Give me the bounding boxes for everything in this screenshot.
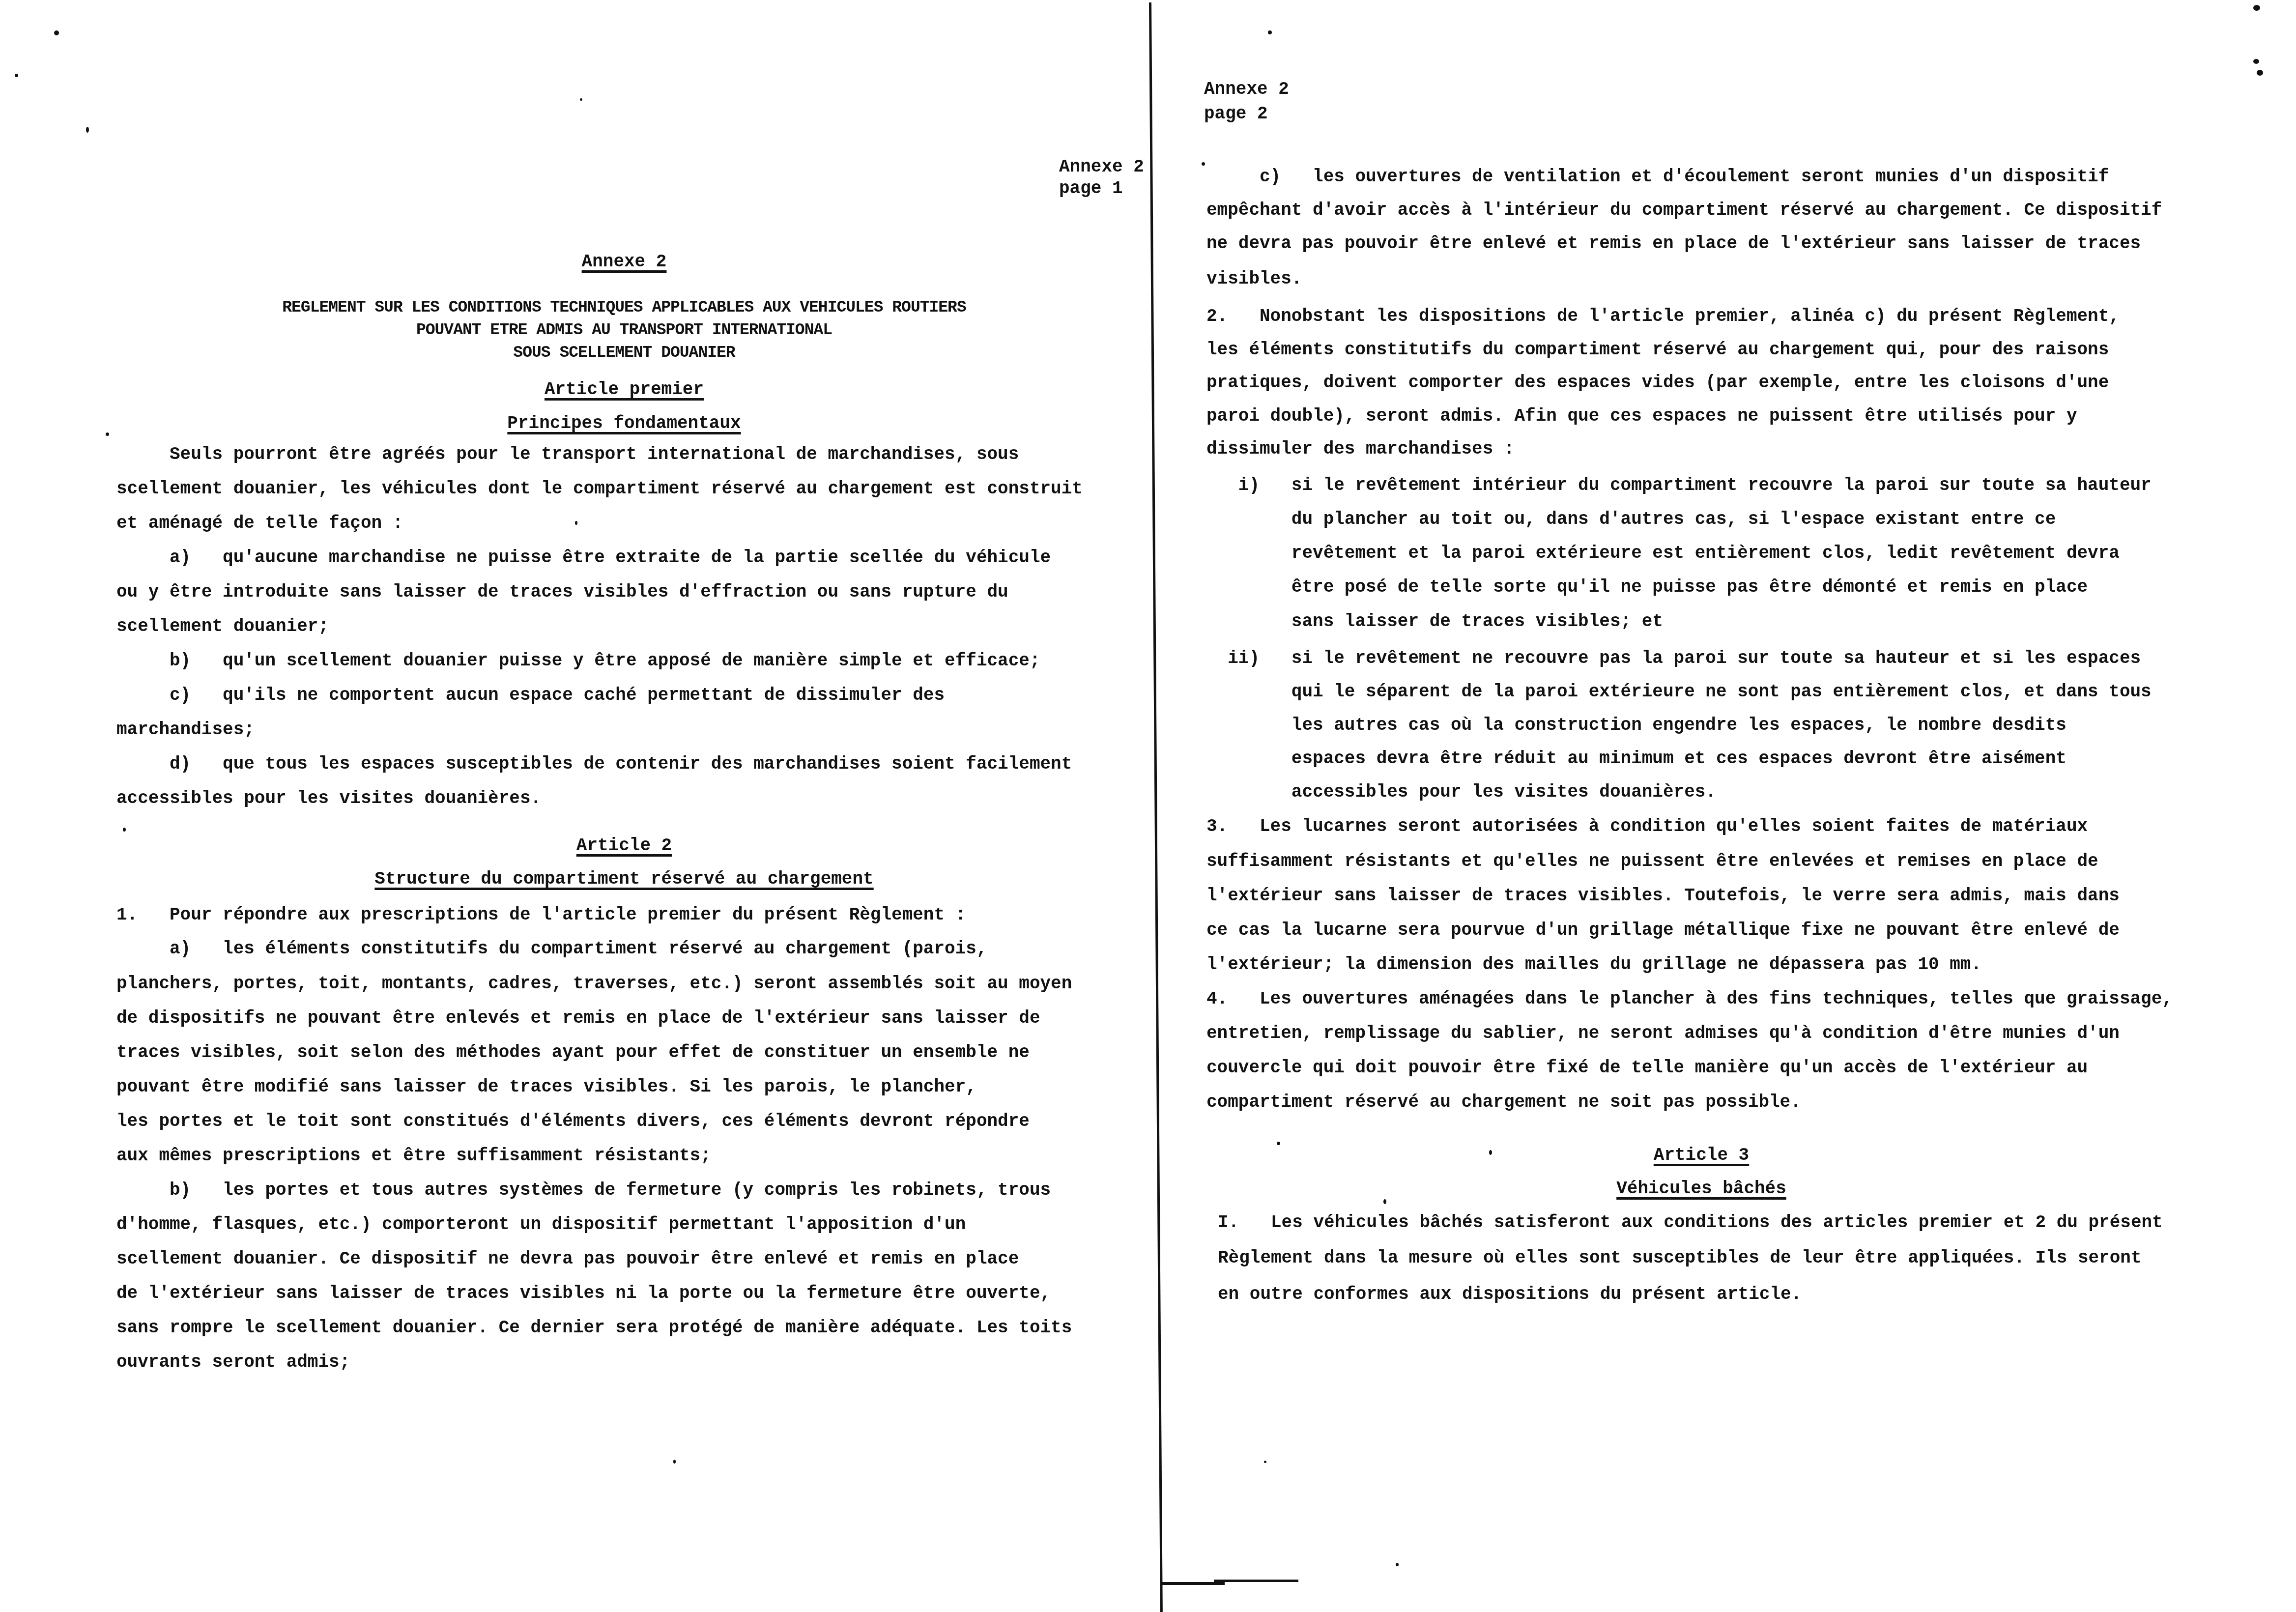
text-line: du plancher au toit ou, dans d'autres ca… [1206,510,2056,529]
numbered-paragraph-1: I. Les véhicules bâchés satisferont aux … [1218,1213,2163,1233]
text-line: de l'extérieur sans laisser de traces vi… [116,1284,1051,1303]
text-line: planchers, portes, toit, montants, cadre… [116,974,1072,994]
regulation-title-line-1: REGLEMENT SUR LES CONDITIONS TECHNIQUES … [0,298,1248,317]
right-page: Annexe 2 page 2 c) les ouvertures de ven… [1161,0,2296,1612]
text-line: être posé de telle sorte qu'il ne puisse… [1206,577,2088,597]
text-line: accessibles pour les visites douanières. [1206,782,1716,802]
text-line: entretien, remplissage du sablier, ne se… [1206,1024,2120,1043]
sub-item-i: i) si le revêtement intérieur du compart… [1206,476,2152,495]
list-item-d: d) que tous les espaces susceptibles de … [116,754,1072,774]
scan-speck [106,432,109,436]
text-line: d'homme, flasques, etc.) comporteront un… [116,1215,966,1235]
scan-speck [2253,5,2260,11]
text-line: pratiques, doivent comporter des espaces… [1206,373,2109,393]
text-line: scellement douanier. Ce dispositif ne de… [116,1249,1019,1269]
text-line: accessibles pour les visites douanières. [116,789,541,808]
text-line: sans rompre le scellement douanier. Ce d… [116,1318,1072,1338]
text-line: ne devra pas pouvoir être enlevé et remi… [1206,234,2141,254]
text-line: et aménagé de telle façon : [116,514,403,533]
scan-speck [2253,59,2259,64]
scan-speck [1396,1563,1399,1566]
list-item-c: c) qu'ils ne comportent aucun espace cac… [116,686,945,705]
scan-speck [1202,162,1205,166]
text-line: dissimuler des marchandises : [1206,439,1515,459]
text-line: en outre conformes aux dispositions du p… [1218,1285,1802,1304]
text-line: compartiment réservé au chargement ne so… [1206,1093,1801,1112]
article-2-heading: Article 2 [0,835,1248,856]
list-item-b: b) qu'un scellement douanier puisse y êt… [116,651,1040,671]
numbered-paragraph-4: 4. Les ouvertures aménagées dans le plan… [1206,989,2173,1009]
text-line: ouvrants seront admis; [116,1353,350,1372]
text-line: les portes et le toit sont constitués d'… [116,1112,1030,1131]
text-line: l'extérieur sans laisser de traces visib… [1206,886,2120,906]
list-item-b: b) les portes et tous autres systèmes de… [116,1180,1051,1200]
regulation-title-line-2: POUVANT ETRE ADMIS AU TRANSPORT INTERNAT… [0,320,1248,340]
numbered-paragraph-3: 3. Les lucarnes seront autorisées à cond… [1206,817,2088,836]
scan-speck [123,828,126,832]
text-line: empêchant d'avoir accès à l'intérieur du… [1206,201,2162,220]
text-line: espaces devra être réduit au minimum et … [1206,749,2066,769]
text-line: traces visibles, soit selon des méthodes… [116,1043,1030,1063]
page-header-page-number: page 1 [1059,178,1123,200]
scan-speck [2257,70,2263,76]
text-line: de dispositifs ne pouvant être enlevés e… [116,1008,1040,1028]
text-line: couvercle qui doit pouvoir être fixé de … [1206,1058,2088,1078]
page-header-annex: Annexe 2 [1059,156,1144,178]
text-line: scellement douanier; [116,617,329,636]
scan-speck [54,30,59,35]
article-3-subheading: Véhicules bâchés [1161,1179,2242,1199]
text-line: marchandises; [116,720,255,740]
article-2-subheading: Structure du compartiment réservé au cha… [0,869,1248,889]
text-line: revêtement et la paroi extérieure est en… [1206,544,2120,563]
text-line: l'extérieur; la dimension des mailles du… [1206,955,1981,975]
left-page: Annexe 2 page 1 Annexe 2 REGLEMENT SUR L… [0,0,1152,1612]
scan-speck [15,74,18,77]
text-line: Seuls pourront être agréés pour le trans… [116,445,1019,464]
article-1-subheading: Principes fondamentaux [0,413,1248,433]
text-line: suffisamment résistants et qu'elles ne p… [1206,852,2098,871]
text-line: paroi double), seront admis. Afin que ce… [1206,406,2077,426]
scan-speck [1268,30,1272,34]
text-line: aux mêmes prescriptions et être suffisam… [116,1146,711,1166]
article-3-heading: Article 3 [1161,1145,2242,1165]
regulation-title-line-3: SOUS SCELLEMENT DOUANIER [0,343,1248,363]
numbered-paragraph-2: 2. Nonobstant les dispositions de l'arti… [1206,307,2120,326]
scan-speck [1277,1142,1280,1145]
page-header-page-number: page 2 [1204,103,1268,125]
scan-speck [580,98,582,101]
sub-item-ii: ii) si le revêtement ne recouvre pas la … [1206,649,2141,668]
text-line: visibles. [1206,269,1302,289]
scan-speck [1383,1199,1386,1204]
scan-speck [1489,1150,1492,1155]
annex-title: Annexe 2 [0,252,1248,272]
text-line: sans laisser de traces visibles; et [1206,612,1663,632]
list-item-c: c) les ouvertures de ventilation et d'éc… [1206,167,2109,187]
list-item-a: a) qu'aucune marchandise ne puisse être … [116,548,1051,568]
scan-speck [1264,1461,1266,1463]
text-line: ce cas la lucarne sera pourvue d'un gril… [1206,921,2120,940]
article-1-heading: Article premier [0,379,1248,400]
text-line: pouvant être modifié sans laisser de tra… [116,1077,976,1097]
scan-speck [86,127,89,133]
list-item-a: a) les éléments constitutifs du comparti… [116,939,987,959]
scan-speck [575,521,577,525]
scan-speck [673,1460,676,1464]
text-line: les éléments constitutifs du compartimen… [1206,340,2109,360]
text-line: scellement douanier, les véhicules dont … [116,479,1083,499]
text-line: qui le séparent de la paroi extérieure n… [1206,682,2152,702]
text-line: les autres cas où la construction engend… [1206,716,2066,735]
text-line: ou y être introduite sans laisser de tra… [116,582,1008,602]
text-line: Règlement dans la mesure où elles sont s… [1218,1248,2142,1268]
page-header-annex: Annexe 2 [1204,79,1289,100]
numbered-paragraph-1: 1. Pour répondre aux prescriptions de l'… [116,905,966,925]
